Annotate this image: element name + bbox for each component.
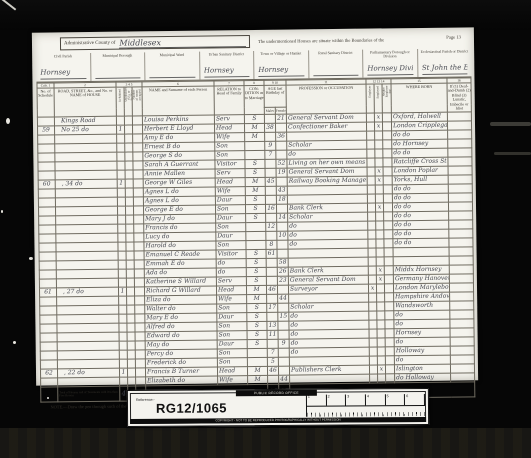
- census-cell: [277, 222, 288, 231]
- census-cell: 1: [116, 125, 124, 134]
- houses-total-label: Total of Houses and of Tenements with le…: [58, 386, 120, 402]
- census-cell: 14: [277, 213, 288, 222]
- census-cell: [39, 234, 56, 243]
- census-cell: [125, 161, 133, 170]
- census-cell: [377, 311, 385, 320]
- census-cell: [125, 134, 133, 143]
- ruler-number: 6: [405, 394, 425, 405]
- census-cell: [264, 114, 275, 123]
- census-cell: [385, 356, 394, 365]
- census-cell: [385, 311, 394, 320]
- census-cell: [119, 296, 127, 305]
- census-cell: [38, 144, 55, 153]
- census-cell: [125, 143, 133, 152]
- census-cell: 61: [39, 288, 56, 297]
- census-cell: [448, 202, 472, 211]
- header-schedule: No. of Schedule: [37, 88, 54, 117]
- census-cell: [449, 247, 473, 256]
- census-cell: [265, 132, 276, 141]
- measurement-ruler: 1 2 3 4 5 6: [306, 394, 425, 417]
- census-cell: [266, 231, 277, 240]
- census-cell: [246, 231, 266, 240]
- census-cell: Living on her own means: [287, 158, 367, 168]
- census-cell: [384, 239, 393, 248]
- census-cell: Wife: [217, 294, 247, 303]
- census-cell: [375, 131, 383, 140]
- census-cell: [268, 375, 279, 384]
- column-labels-row: No. of Schedule ROAD, STREET, &c., and N…: [37, 83, 471, 110]
- census-cell: [133, 152, 143, 161]
- census-cell: [40, 315, 57, 324]
- census-cell: Son: [216, 222, 246, 231]
- census-cell: [368, 266, 376, 275]
- census-cell: [39, 270, 56, 279]
- census-cell: [448, 130, 472, 139]
- census-cell: 26: [277, 267, 288, 276]
- census-cell: S: [246, 213, 266, 222]
- census-cell: [39, 216, 56, 225]
- census-cell: [245, 141, 265, 150]
- census-cell: do: [216, 258, 246, 267]
- census-cell: [449, 211, 473, 220]
- census-cell: [39, 252, 56, 261]
- census-cell: [246, 222, 266, 231]
- census-cell: [384, 221, 393, 230]
- census-cell: [135, 341, 145, 350]
- census-cell: [266, 276, 277, 285]
- field-label: Municipal Borough: [91, 52, 145, 65]
- census-cell: [118, 224, 126, 233]
- census-cell: [126, 287, 134, 296]
- census-cell: [119, 341, 127, 350]
- census-cell: 62: [40, 369, 57, 378]
- census-cell: [450, 328, 474, 337]
- header-neither: Neither Employer nor Employed: [382, 84, 391, 113]
- census-cell: 1: [117, 179, 125, 188]
- header-inhabited-label: In-habited: [119, 89, 122, 102]
- census-cell: [126, 233, 134, 242]
- census-cell: [125, 170, 133, 179]
- public-record-office-bar: PUBLIC RECORD OFFICE: [236, 390, 317, 397]
- census-cell: [134, 224, 144, 233]
- census-cell: Wife: [215, 186, 245, 195]
- census-cell: [384, 284, 393, 293]
- census-cell: 60: [38, 180, 55, 189]
- census-cell: [377, 356, 385, 365]
- census-cell: x: [377, 365, 385, 374]
- census-cell: 16: [265, 204, 276, 213]
- field-civil-parish: Civil Parish Hornsey: [36, 53, 90, 82]
- field-value: [149, 65, 195, 79]
- census-cell: [447, 112, 471, 121]
- census-cell: [127, 368, 135, 377]
- census-cell: [449, 220, 473, 229]
- census-cell: [120, 377, 128, 386]
- census-cell: 46: [267, 366, 278, 375]
- census-cell: Visitor: [215, 159, 245, 168]
- census-cell: [276, 141, 287, 150]
- census-cell: M: [245, 177, 265, 186]
- census-cell: 44: [278, 294, 289, 303]
- census-cell: Son: [216, 240, 246, 249]
- header-infirmity: If (1) Deaf-and-Dumb (2) Blind (3) Lunat…: [447, 83, 471, 112]
- census-cell: [278, 348, 289, 357]
- census-cell: [134, 278, 144, 287]
- field-label: Ecclesiastical Parish or District: [418, 48, 472, 61]
- census-cell: S: [247, 321, 267, 330]
- census-cell: 52: [276, 159, 287, 168]
- header-age-group: AGE last Birthday of: [264, 85, 286, 107]
- census-cell: Daur: [216, 231, 246, 240]
- census-cell: [118, 260, 126, 269]
- census-cell: 45: [265, 177, 276, 186]
- census-cell: [384, 212, 393, 221]
- census-cell: 7: [265, 150, 276, 159]
- census-cell: Katherine S Willard: [144, 277, 216, 287]
- census-cell: [450, 292, 474, 301]
- census-table-head: Cols. 1 2 3 4 5 6 7 8 9 10 11 12 13 14 1…: [37, 78, 471, 117]
- film-top-band: [0, 0, 531, 30]
- census-cell: [117, 197, 125, 206]
- census-cell: [135, 296, 145, 305]
- census-cell: [277, 249, 288, 258]
- census-cell: S: [247, 312, 267, 321]
- header-employed-label: Employed: [377, 85, 380, 98]
- census-cell: [275, 123, 286, 132]
- census-cell: [127, 323, 135, 332]
- reference-label: Reference:-: [136, 398, 155, 402]
- header-occupation: PROFESSION or OCCUPATION: [286, 84, 366, 114]
- census-cell: S: [245, 204, 265, 213]
- census-cell: Serv: [216, 276, 246, 285]
- census-cell: Daur: [215, 195, 245, 204]
- census-table-body: Kings RoadLouisa PerkinsServS21General S…: [37, 112, 474, 387]
- census-cell: [38, 162, 55, 171]
- census-cell: [385, 347, 394, 356]
- census-cell: [38, 153, 55, 162]
- census-cell: [116, 116, 124, 125]
- field-rural-sanitary: Rural Sanitary District: [308, 50, 363, 79]
- census-cell: [449, 283, 473, 292]
- ruler-inch-scale: [307, 406, 425, 417]
- census-cell: x: [374, 122, 382, 131]
- census-cell: S: [245, 195, 265, 204]
- census-table: Cols. 1 2 3 4 5 6 7 8 9 10 11 12 13 14 1…: [36, 77, 475, 402]
- census-cell: 59: [37, 126, 54, 135]
- census-cell: Serv: [215, 168, 245, 177]
- census-cell: [265, 159, 276, 168]
- census-cell: [448, 193, 472, 202]
- census-cell: Serv: [214, 114, 244, 123]
- census-cell: [383, 167, 392, 176]
- census-cell: 11: [267, 330, 278, 339]
- census-cell: [127, 341, 135, 350]
- census-cell: [278, 303, 289, 312]
- header-name: NAME and Surname of each Person: [142, 86, 214, 116]
- census-cell: [448, 184, 472, 193]
- census-cell: [135, 350, 145, 359]
- census-cell: [366, 113, 374, 122]
- census-cell: M: [248, 375, 268, 384]
- field-ecclesiastical: Ecclesiastical Parish or District St Joh…: [417, 48, 472, 77]
- field-value: [313, 63, 359, 77]
- census-cell: [134, 233, 144, 242]
- census-cell: M: [247, 366, 267, 375]
- census-cell: [267, 294, 278, 303]
- census-cell: [375, 140, 383, 149]
- census-cell: [133, 143, 143, 152]
- field-value: [95, 65, 141, 79]
- census-cell: [126, 251, 134, 260]
- census-cell: [368, 275, 376, 284]
- census-cell: Son: [217, 330, 247, 339]
- census-cell: [450, 319, 474, 328]
- census-cell: Son: [217, 321, 247, 330]
- census-cell: Visitor: [216, 249, 246, 258]
- field-label: Urban Sanitary District: [200, 51, 254, 64]
- census-cell: [133, 206, 143, 215]
- census-cell: [266, 267, 277, 276]
- census-cell: [119, 350, 127, 359]
- census-cell: [127, 314, 135, 323]
- scan-speck: [6, 118, 10, 124]
- census-cell: M: [245, 132, 265, 141]
- census-cell: [135, 314, 145, 323]
- census-cell: [117, 143, 125, 152]
- census-cell: S: [247, 339, 267, 348]
- census-cell: London Marylebone: [393, 283, 449, 293]
- census-cell: [369, 320, 377, 329]
- census-cell: [384, 257, 393, 266]
- census-cell: Head: [216, 285, 246, 294]
- census-cell: [448, 121, 472, 130]
- census-cell: [134, 251, 144, 260]
- census-cell: [40, 324, 57, 333]
- census-cell: Head: [214, 123, 244, 132]
- census-cell: [265, 168, 276, 177]
- census-cell: [265, 186, 276, 195]
- ruler-number: 5: [386, 394, 406, 405]
- census-cell: Son: [217, 348, 247, 357]
- header-uninhabited: Uninhabited (U.), or Building (B.): [124, 87, 132, 116]
- census-cell: [276, 150, 287, 159]
- census-cell: [369, 356, 377, 365]
- census-cell: [247, 348, 267, 357]
- census-cell: [40, 342, 57, 351]
- census-cell: [38, 189, 55, 198]
- field-label: Municipal Ward: [145, 52, 199, 65]
- census-cell: [386, 374, 395, 383]
- census-cell: [368, 239, 376, 248]
- census-cell: [376, 284, 384, 293]
- census-cell: [266, 213, 277, 222]
- census-cell: [119, 305, 127, 314]
- census-cell: [134, 269, 144, 278]
- census-cell: [127, 350, 135, 359]
- census-cell: [39, 279, 56, 288]
- census-cell: [385, 365, 394, 374]
- census-cell: [276, 177, 287, 186]
- census-cell: [376, 221, 384, 230]
- census-cell: [276, 204, 287, 213]
- census-cell: [135, 359, 145, 368]
- census-cell: [266, 258, 277, 267]
- census-cell: [377, 347, 385, 356]
- census-cell: [126, 215, 134, 224]
- field-value: Hornsey: [204, 64, 250, 78]
- census-cell: [383, 149, 392, 158]
- census-cell: [450, 301, 474, 310]
- census-cell: [134, 260, 144, 269]
- census-cell: [369, 302, 377, 311]
- census-cell: [135, 368, 145, 377]
- census-cell: S: [245, 168, 265, 177]
- reference-number: RG12/1065: [156, 400, 227, 415]
- field-municipal-borough: Municipal Borough: [90, 52, 145, 81]
- census-cell: [450, 364, 474, 373]
- scan-speck: [13, 341, 16, 344]
- census-cell: [117, 188, 125, 197]
- header-rooms: Number of rooms occupied if less than fi…: [132, 87, 142, 116]
- census-cell: [450, 346, 474, 355]
- census-cell: [247, 357, 267, 366]
- census-cell: [126, 260, 134, 269]
- census-cell: [367, 203, 375, 212]
- census-cell: [39, 225, 56, 234]
- census-cell: [448, 157, 472, 166]
- census-cell: x: [376, 275, 384, 284]
- census-cell: [41, 378, 58, 387]
- census-cell: [384, 266, 393, 275]
- census-cell: 19: [276, 168, 287, 177]
- reference-card: PUBLIC RECORD OFFICE Reference:- RG12/10…: [127, 388, 429, 427]
- census-cell: [278, 366, 289, 375]
- census-cell: 17: [267, 303, 278, 312]
- census-cell: [126, 278, 134, 287]
- census-cell: [376, 239, 384, 248]
- census-cell: [368, 212, 376, 221]
- census-cell: [370, 374, 378, 383]
- census-cell: [366, 122, 374, 131]
- census-cell: [278, 321, 289, 330]
- census-cell: [369, 347, 377, 356]
- census-cell: [38, 135, 55, 144]
- census-cell: [127, 359, 135, 368]
- census-cell: Daur: [216, 213, 246, 222]
- census-cell: [451, 373, 475, 382]
- census-cell: [383, 131, 392, 140]
- ruler-number: 4: [366, 394, 386, 405]
- census-cell: 23: [277, 276, 288, 285]
- census-cell: 61: [266, 249, 277, 258]
- census-cell: [375, 194, 383, 203]
- census-cell: [448, 139, 472, 148]
- census-cell: [132, 116, 142, 125]
- census-cell: [40, 351, 57, 360]
- census-cell: [367, 176, 375, 185]
- census-cell: [135, 323, 145, 332]
- census-cell: [375, 185, 383, 194]
- census-cell: [135, 305, 145, 314]
- header-where-born: WHERE BORN: [391, 83, 447, 112]
- census-cell: Daur: [217, 339, 247, 348]
- census-cell: [367, 194, 375, 203]
- census-cell: [369, 329, 377, 338]
- census-cell: 9: [265, 141, 276, 150]
- census-cell: Son: [215, 141, 245, 150]
- census-cell: [377, 293, 385, 302]
- census-cell: [367, 167, 375, 176]
- census-cell: 13: [267, 321, 278, 330]
- admin-county-label: Administrative County of: [64, 41, 115, 47]
- census-cell: x: [375, 203, 383, 212]
- census-cell: [117, 134, 125, 143]
- census-cell: [369, 311, 377, 320]
- census-cell: 12: [266, 222, 277, 231]
- census-cell: S: [245, 159, 265, 168]
- census-cell: x: [374, 113, 382, 122]
- header-road: ROAD, STREET, &c., and No. or NAME of HO…: [54, 87, 116, 117]
- census-cell: [377, 329, 385, 338]
- census-cell: [133, 170, 143, 179]
- field-urban-sanitary: Urban Sanitary District Hornsey: [199, 51, 254, 80]
- census-cell: 43: [276, 186, 287, 195]
- census-cell: [367, 185, 375, 194]
- census-cell: [376, 257, 384, 266]
- census-cell: [117, 170, 125, 179]
- census-cell: [126, 269, 134, 278]
- census-cell: [118, 233, 126, 242]
- ruler-number: 3: [346, 394, 366, 405]
- census-cell: [38, 198, 55, 207]
- census-cell: [126, 242, 134, 251]
- census-cell: [367, 140, 375, 149]
- census-cell: [383, 140, 392, 149]
- census-cell: S: [244, 114, 264, 123]
- census-cell: 5: [267, 357, 278, 366]
- census-cell: M: [245, 186, 265, 195]
- census-cell: [367, 131, 375, 140]
- census-cell: [385, 320, 394, 329]
- census-cell: [38, 207, 55, 216]
- ruler-number: 1: [307, 395, 327, 406]
- census-cell: [385, 302, 394, 311]
- census-cell: Ratcliffe Cross St Dunstans: [392, 157, 448, 167]
- census-cell: [277, 240, 288, 249]
- census-cell: [278, 330, 289, 339]
- admin-county-value: Middlesex: [119, 37, 246, 49]
- field-value: Hornsey: [258, 63, 304, 77]
- census-cell: [450, 337, 474, 346]
- census-cell: Son: [217, 303, 247, 312]
- header-neither-label: Neither Employer nor Employed: [383, 85, 392, 98]
- film-bottom-band: [0, 428, 531, 458]
- census-cell: [382, 122, 391, 131]
- census-cell: [134, 287, 144, 296]
- census-cell: [383, 203, 392, 212]
- census-cell: [133, 197, 143, 206]
- census-cell: [125, 197, 133, 206]
- header-employer-label: Employer: [369, 86, 372, 99]
- census-cell: 58: [277, 258, 288, 267]
- census-cell: S: [246, 249, 266, 258]
- census-cell: [377, 302, 385, 311]
- census-cell: [448, 175, 472, 184]
- census-cell: [118, 269, 126, 278]
- census-cell: [369, 338, 377, 347]
- scan-streak: [490, 122, 531, 126]
- census-cell: [134, 242, 144, 251]
